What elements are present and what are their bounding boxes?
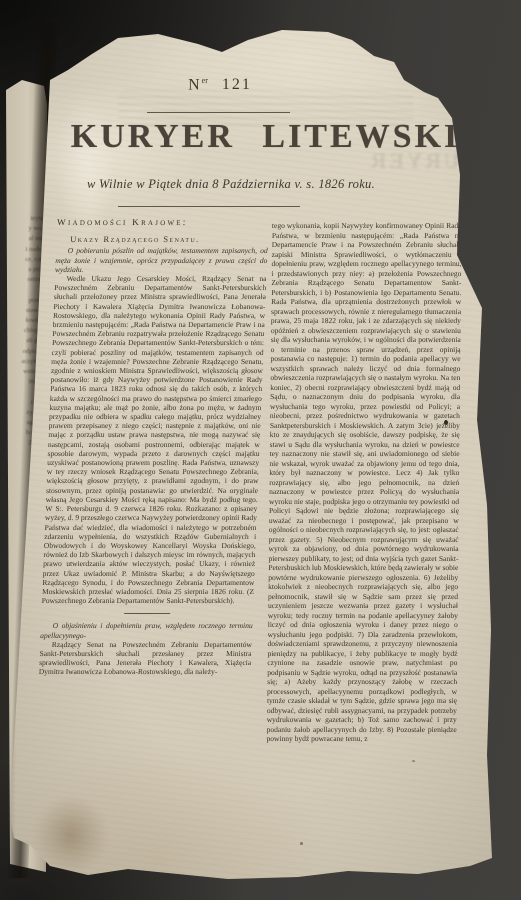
issue-prefix: N [188,76,202,93]
article1-subtitle: O pobieraniu pószlin od majątków, testam… [55,246,268,274]
left-column: Wiadomości Krajowe: Ukazy Rządzącego Sen… [34,219,269,799]
scanner-background: teyisy wo.al niei nade.ce, czea piraontr… [0,0,521,900]
article1-heading: Ukazy Rządzącego Senatu. [56,235,268,244]
paper-speck [300,842,303,845]
article-separator-rule [124,613,170,614]
newspaper-title: KURYER LITEWSKI [58,118,473,156]
article2-subtitle: O objaśnieniu i dopełnieniu praw, względ… [40,621,253,639]
paper-speck [412,760,415,762]
issue-superscript: er [202,76,208,85]
article1-body: Wedle Ukazu Jego Cesarskiey Mości, Rządz… [41,274,266,605]
section-heading: Wiadomości Krajowe: [57,219,269,228]
newspaper-page: KURYER LITEWSKI Ner121 KURYER LITEWSKI w… [0,0,521,900]
paper-speck [444,420,448,425]
divider-rule-issue [147,112,290,113]
right-column: tego wykonania, kopii Naywyżey konfirmow… [266,221,462,796]
issue-num-value: 121 [222,76,252,93]
right-column-body: tego wykonania, kopii Naywyżey konfirmow… [267,221,462,744]
issue-number: Ner121 [150,76,290,94]
dateline: w Wilnie w Piątek dnia 8 Października v.… [55,177,407,192]
divider-rule-dateline [118,206,300,207]
article2-body: Rządzący Senat na Powszechném Zebraniu D… [39,640,252,677]
